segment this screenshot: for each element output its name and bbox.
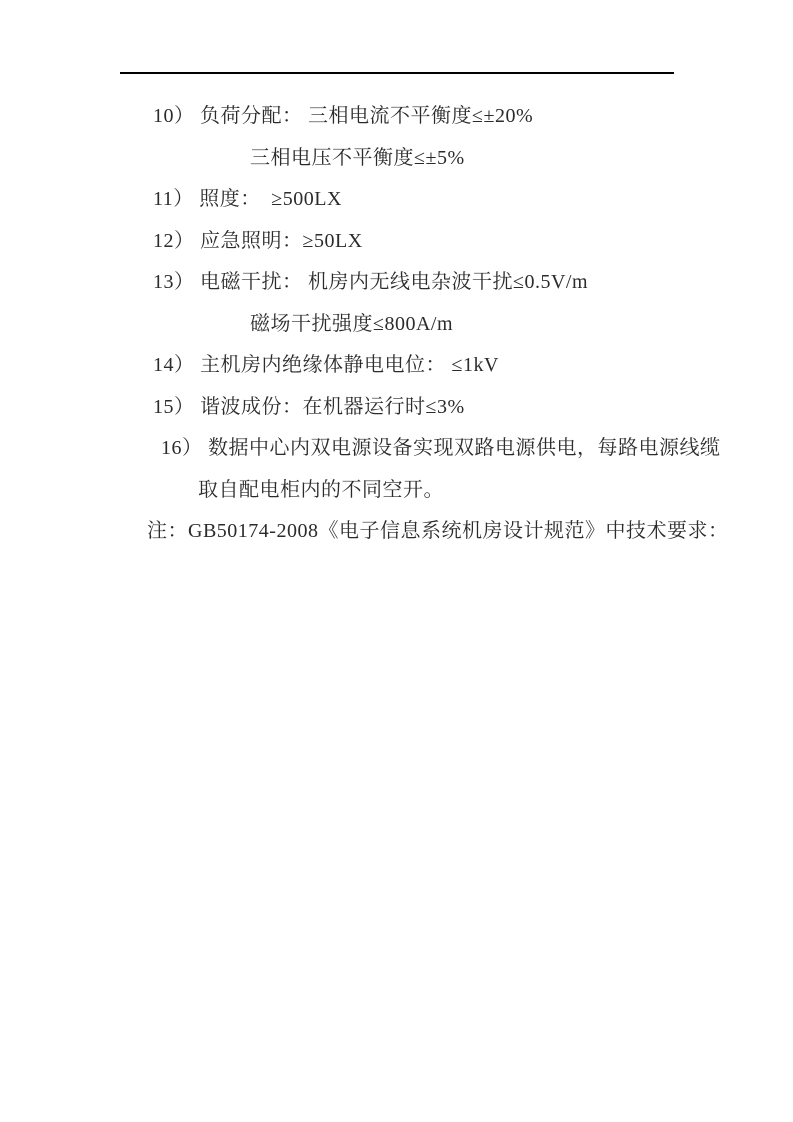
line-item-15: 15） 谐波成份：在机器运行时≤3% [153,387,793,429]
document-page: 10） 负荷分配： 三相电流不平衡度≤±20% 三相电压不平衡度≤±5% 11）… [0,0,793,1122]
header-rule-divider [120,72,674,74]
line-item-13: 13） 电磁干扰： 机房内无线电杂波干扰≤0.5V/m [153,262,793,304]
line-item-11: 11） 照度： ≥500LX [153,179,793,221]
line-item-12: 12） 应急照明：≥50LX [153,221,793,263]
line-item-13-continuation: 磁场干扰强度≤800A/m [250,304,793,346]
line-item-14: 14） 主机房内绝缘体静电电位： ≤1kV [153,345,793,387]
line-item-16: 16） 数据中心内双电源设备实现双路电源供电，每路电源线缆 [161,428,793,470]
line-item-10: 10） 负荷分配： 三相电流不平衡度≤±20% [153,96,793,138]
line-item-16-continuation: 取自配电柜内的不同空开。 [198,470,793,512]
line-item-10-continuation: 三相电压不平衡度≤±5% [250,138,793,180]
document-body: 10） 负荷分配： 三相电流不平衡度≤±20% 三相电压不平衡度≤±5% 11）… [0,96,793,553]
line-note-gb50174: 注：GB50174-2008《电子信息系统机房设计规范》中技术要求： [147,511,793,553]
